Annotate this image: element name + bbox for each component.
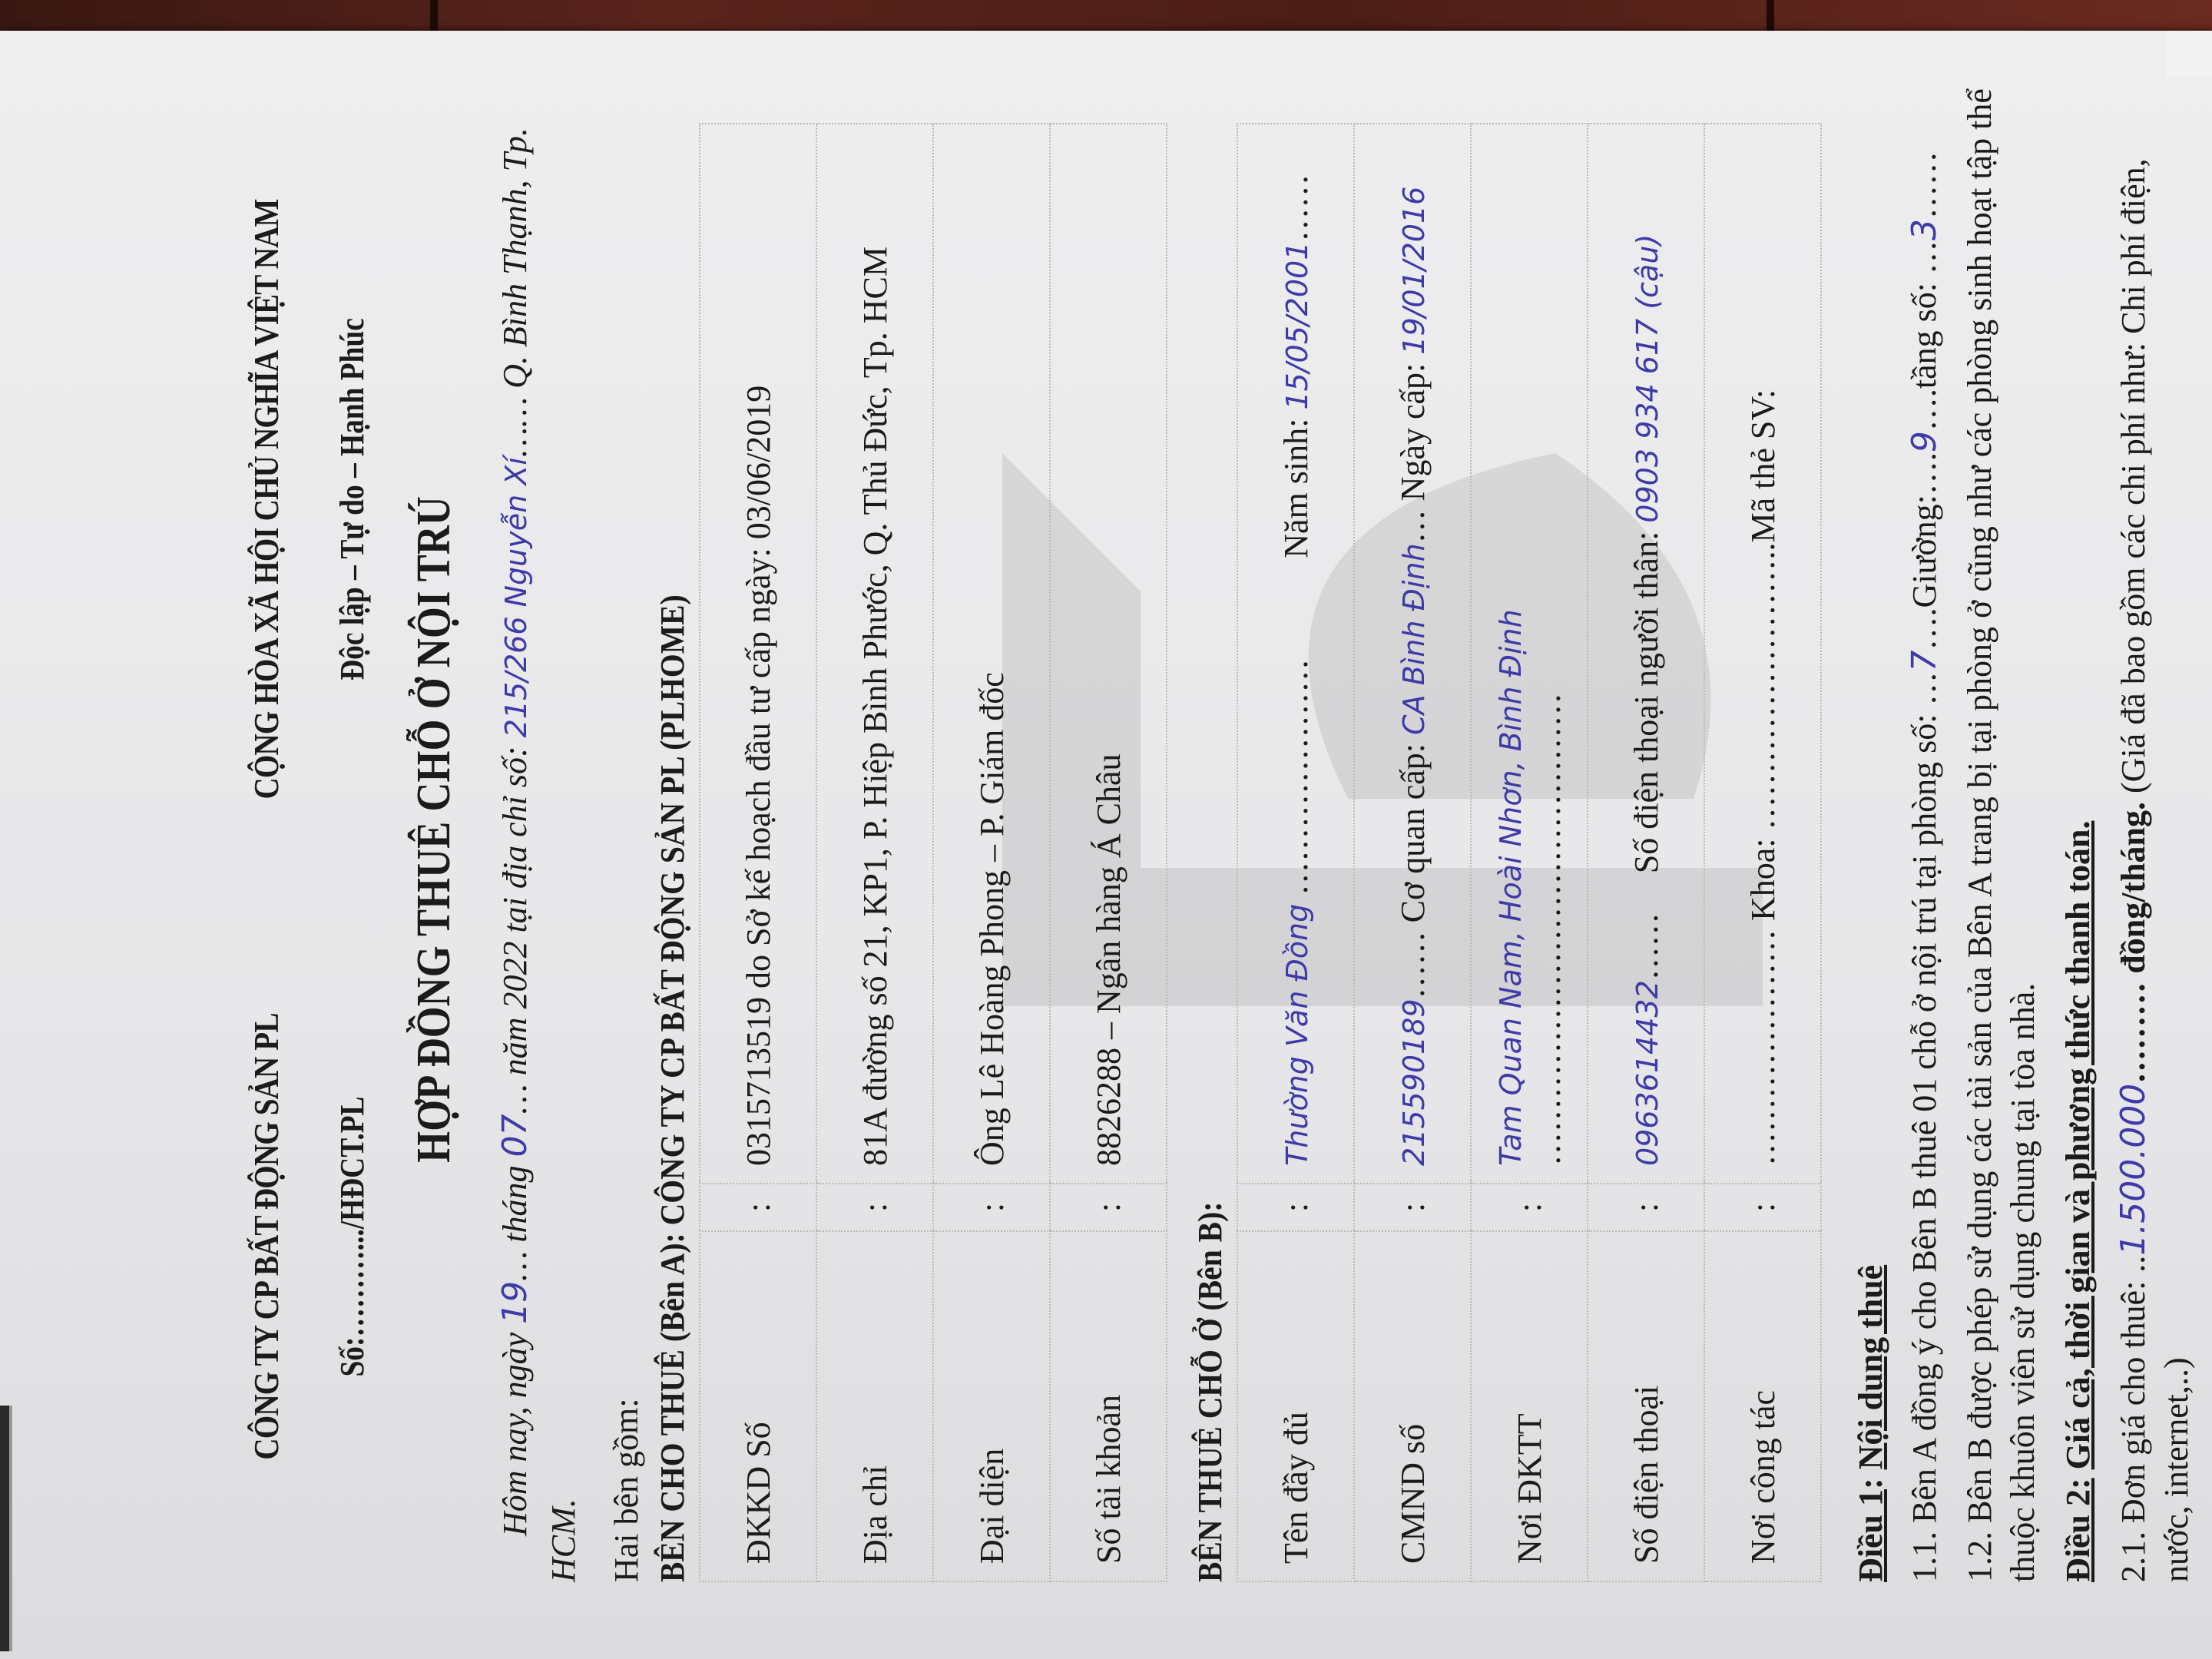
handwritten-issuer: CA Bình Định xyxy=(1397,543,1431,735)
clause-2-1: 2.1. Đơn giá cho thuê: ..1.500.000……… đồ… xyxy=(2112,77,2198,1582)
handwritten-day: 19 xyxy=(495,1281,535,1324)
parties-intro: Hai bên gồm: xyxy=(607,77,646,1582)
handwritten-price: 1.500.000 xyxy=(2114,1084,2153,1256)
handwritten-relative-phone: 0903 934 617 (cậu) xyxy=(1631,234,1664,523)
table-row: Nơi ĐKTT : Tam Quan Nam, Hoài Nhơn, Bình… xyxy=(1471,124,1588,1581)
table-row: Địa chỉ : 81A đường số 21, KP1, P. Hiệp … xyxy=(816,124,933,1581)
clause-1-1: 1.1. Bên A đồng ý cho Bên B thuê 01 chỗ … xyxy=(1905,77,1944,1582)
pen-edge xyxy=(0,1406,12,1651)
article-2-heading: Điều 2: Giá cả, thời gian và phương thức… xyxy=(2058,77,2098,1582)
page-title: HỢP ĐỒNG THUÊ CHỖ Ở NỘI TRÚ xyxy=(407,164,462,1495)
party-b-table: Tên đầy đủ : Thường Văn Đồng ………………… Năm… xyxy=(1237,123,1822,1582)
table-row: Đại diện : Ông Lê Hoàng Phong – P. Giám … xyxy=(933,124,1050,1581)
table-row: ĐKKD Số : 0315713519 do Sở kế hoạch đầu … xyxy=(700,124,816,1581)
contract-page: CÔNG TY CP BẤT ĐỘNG SẢN PL Số:……….../HĐC… xyxy=(230,46,2197,1613)
party-b-heading: BÊN THUÊ CHỖ Ở (Bên B): xyxy=(1190,227,1230,1582)
party-a-heading: BÊN CHO THUÊ (Bên A): CÔNG TY CP BẤT ĐỘN… xyxy=(653,227,692,1582)
article-1-heading: Điều 1: Nội dung thuê xyxy=(1851,77,1890,1582)
handwritten-month: 07 xyxy=(495,1114,535,1157)
party-a-table: ĐKKD Số : 0315713519 do Sở kế hoạch đầu … xyxy=(699,123,1167,1582)
handwritten-address: 215/266 Nguyễn Xí xyxy=(499,457,533,737)
handwritten-bed: 9 xyxy=(1905,431,1944,452)
handwritten-name: Thường Văn Đồng xyxy=(1280,904,1314,1166)
intro-paragraph: Hôm nay, ngày 19… tháng 07… năm 2022 tại… xyxy=(492,92,588,1582)
clause-1-2: 1.2. Bên B được phép sử dụng các tài sản… xyxy=(1959,77,2045,1582)
table-row: CMND số : 215590189…… Cơ quan cấp: CA Bì… xyxy=(1354,124,1471,1581)
handwritten-birthdate: 15/05/2001 xyxy=(1280,242,1314,410)
table-row: Tên đầy đủ : Thường Văn Đồng ………………… Năm… xyxy=(1237,124,1354,1581)
table-row: Nơi công tác : ………………… Khoa: ……………………..M… xyxy=(1704,124,1821,1581)
table-row: Số điện thoại : 0963614432…… Số điện tho… xyxy=(1588,124,1704,1581)
handwritten-residence: Tam Quan Nam, Hoài Nhơn, Bình Định xyxy=(1494,609,1528,1166)
handwritten-phone: 0963614432 xyxy=(1631,980,1664,1166)
handwritten-room: 7 xyxy=(1905,650,1944,671)
handwritten-issue-date: 19/01/2016 xyxy=(1397,187,1431,355)
handwritten-floor: 3 xyxy=(1905,219,1944,240)
table-row: Số tài khoản : 8826288 – Ngân hàng Á Châ… xyxy=(1050,124,1167,1581)
document-number: Số:……….../HĐCT.PL xyxy=(333,969,372,1505)
document-header: CÔNG TY CP BẤT ĐỘNG SẢN PL Số:……….../HĐC… xyxy=(230,46,384,1613)
company-name: CÔNG TY CP BẤT ĐỘNG SẢN PL xyxy=(246,969,286,1505)
national-title: CỘNG HÒA XÃ HỘI CHỦ NGHĨA VIỆT NAM xyxy=(246,141,286,859)
national-motto: Độc lập – Tự do – Hạnh Phúc xyxy=(333,141,372,859)
handwritten-id-number: 215590189 xyxy=(1397,998,1431,1166)
